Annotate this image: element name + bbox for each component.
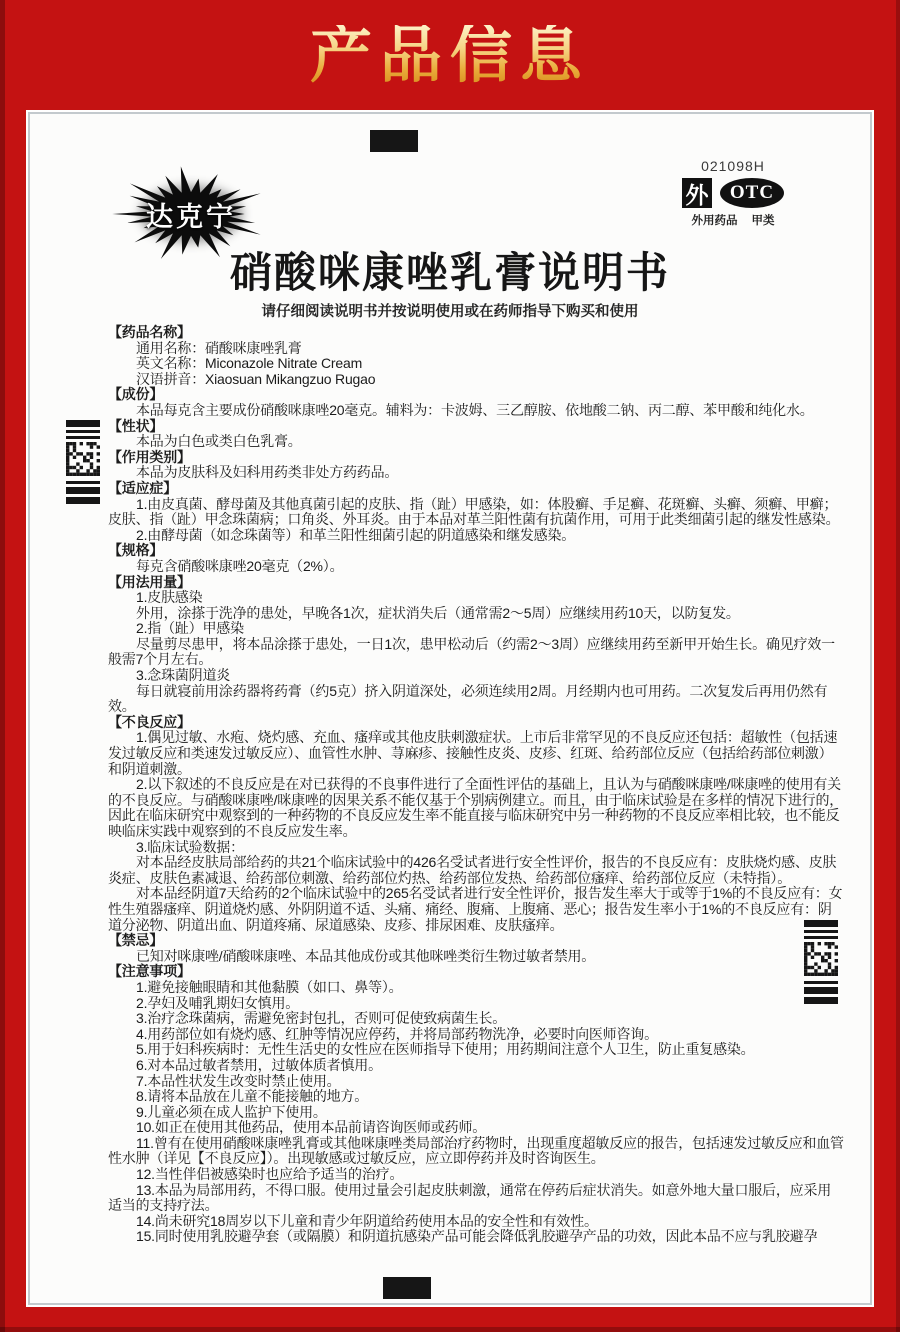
section-line: 3.念珠菌阴道炎 xyxy=(108,668,844,684)
section-line: 对本品经阴道7天给药的2个临床试验中的265名受试者进行安全性评价，报告发生率大… xyxy=(108,886,844,933)
section-line: 本品为皮肤科及妇科用药类非处方药药品。 xyxy=(108,465,844,481)
external-use-icon: 外 xyxy=(682,178,712,208)
barcode-bar xyxy=(804,997,838,1004)
section-header: 【成份】 xyxy=(108,387,844,403)
barcode-bar xyxy=(66,487,100,494)
otc-icon: OTC xyxy=(720,178,784,208)
section-header: 【药品名称】 xyxy=(108,325,844,341)
barcode-bar xyxy=(66,436,100,439)
barcode-bar xyxy=(804,930,838,933)
section-line: 每日就寝前用涂药器将药膏（约5克）挤入阴道深处，必须连续用2周。月经期内也可用药… xyxy=(108,684,844,715)
section-line: 9.儿童必须在成人监护下使用。 xyxy=(108,1105,844,1121)
barcode-bar xyxy=(66,430,100,433)
section-header: 【用法用量】 xyxy=(108,575,844,591)
section-header: 【禁忌】 xyxy=(108,933,844,949)
datamatrix-icon xyxy=(804,942,838,976)
section-header: 【作用类别】 xyxy=(108,450,844,466)
section-line: 2.指（趾）甲感染 xyxy=(108,621,844,637)
external-use-label: 外用药品 xyxy=(692,212,738,228)
section-line: 本品为白色或类白色乳膏。 xyxy=(108,434,844,450)
section-line: 2.以下叙述的不良反应是在对已获得的不良事件进行了全面性评估的基础上，且认为与硝… xyxy=(108,777,844,839)
registration-mark-bottom-icon xyxy=(383,1277,431,1299)
section-line: 7.本品性状发生改变时禁止使用。 xyxy=(108,1074,844,1090)
section-line: 1.偶见过敏、水疱、烧灼感、充血、瘙痒或其他皮肤刺激症状。上市后非常罕见的不良反… xyxy=(108,730,844,777)
barcode-bar xyxy=(66,497,100,504)
section-header: 【不良反应】 xyxy=(108,715,844,731)
section-line: 1.皮肤感染 xyxy=(108,590,844,606)
section-line: 6.对本品过敏者禁用，过敏体质者慎用。 xyxy=(108,1058,844,1074)
marks-labels: 外用药品 甲类 xyxy=(668,212,798,228)
document-subtitle: 请仔细阅读说明书并按说明使用或在药师指导下购买和使用 xyxy=(30,300,870,321)
section-line: 对本品经皮肤局部给药的共21个临床试验中的426名受试者进行安全性评价，报告的不… xyxy=(108,855,844,886)
sections: 【药品名称】通用名称：硝酸咪康唑乳膏英文名称：Miconazole Nitrat… xyxy=(30,325,870,1245)
section-line: 每克含硝酸咪康唑20毫克（2%）。 xyxy=(108,559,844,575)
section-line: 8.请将本品放在儿童不能接触的地方。 xyxy=(108,1089,844,1105)
section-line: 3.临床试验数据： xyxy=(108,840,844,856)
barcode-left xyxy=(66,420,100,507)
section-line: 本品每克含主要成份硝酸咪康唑20毫克。辅料为：卡波姆、三乙醇胺、依地酸二钠、丙二… xyxy=(108,403,844,419)
otc-marks-block: 021098H 外 OTC 外用药品 甲类 xyxy=(668,158,798,228)
barcode-bar xyxy=(804,981,838,984)
section-line: 12.当性伴侣被感染时也应给予适当的治疗。 xyxy=(108,1167,844,1183)
section-line: 2.孕妇及哺乳期妇女慎用。 xyxy=(108,996,844,1012)
screenshot-root: 产品信息 达克宁 021098H 外 OTC 外用药品 甲类 硝酸咪康唑乳膏说明… xyxy=(0,0,900,1332)
barcode-bar xyxy=(804,920,838,927)
section-header: 【适应症】 xyxy=(108,481,844,497)
approval-code: 021098H xyxy=(668,158,798,174)
section-line: 3.治疗念珠菌病，需避免密封包扎，否则可促使致病菌生长。 xyxy=(108,1011,844,1027)
barcode-bar xyxy=(66,420,100,427)
section-line: 尽量剪尽患甲，将本品涂搽于患处，一日1次，患甲松动后（约需2～3周）应继续用药至… xyxy=(108,637,844,668)
section-line: 15.同时使用乳胶避孕套（或隔膜）和阴道抗感染产品可能会降低乳胶避孕产品的功效，… xyxy=(108,1229,844,1245)
barcode-right xyxy=(804,920,838,1007)
section-line: 11.曾有在使用硝酸咪康唑乳膏或其他咪康唑类局部治疗药物时，出现重度超敏反应的报… xyxy=(108,1136,844,1167)
section-line: 通用名称：硝酸咪康唑乳膏 xyxy=(108,341,844,357)
section-line: 5.用于妇科疾病时：无性生活史的女性应在医师指导下使用；用药期间注意个人卫生，防… xyxy=(108,1042,844,1058)
section-header: 【规格】 xyxy=(108,543,844,559)
section-header: 【性状】 xyxy=(108,419,844,435)
section-line: 汉语拼音：Xiaosuan Mikangzuo Rugao xyxy=(108,372,844,388)
registration-mark-top-icon xyxy=(370,130,418,152)
section-line: 英文名称：Miconazole Nitrate Cream xyxy=(108,356,844,372)
section-line: 已知对咪康唑/硝酸咪康唑、本品其他成份或其他咪唑类衍生物过敏者禁用。 xyxy=(108,949,844,965)
barcode-bar xyxy=(804,987,838,994)
section-line: 4.用药部位如有烧灼感、红肿等情况应停药，并将局部药物洗净，必要时向医师咨询。 xyxy=(108,1027,844,1043)
section-line: 2.由酵母菌（如念珠菌等）和革兰阳性细菌引起的阴道感染和继发感染。 xyxy=(108,528,844,544)
barcode-bar xyxy=(804,936,838,939)
otc-class-label: 甲类 xyxy=(752,212,775,228)
marks-row: 外 OTC xyxy=(668,178,798,208)
section-header: 【注意事项】 xyxy=(108,964,844,980)
section-line: 14.尚未研究18周岁以下儿童和青少年阴道给药使用本品的安全性和有效性。 xyxy=(108,1214,844,1230)
banner-title: 产品信息 xyxy=(310,25,590,87)
section-line: 1.避免接触眼睛和其他黏膜（如口、鼻等）。 xyxy=(108,980,844,996)
document-title: 硝酸咪康唑乳膏说明书 xyxy=(30,240,870,300)
section-line: 10.如正在使用其他药品，使用本品前请咨询医师或药师。 xyxy=(108,1120,844,1136)
leaflet-page: 达克宁 021098H 外 OTC 外用药品 甲类 硝酸咪康唑乳膏说明书 请仔细… xyxy=(28,112,872,1305)
barcode-bar xyxy=(66,481,100,484)
datamatrix-icon xyxy=(66,442,100,476)
section-line: 外用，涂搽于洗净的患处，早晚各1次，症状消失后（通常需2～5周）应继续用药10天… xyxy=(108,606,844,622)
bottom-edge-shade xyxy=(0,1327,900,1332)
banner: 产品信息 xyxy=(0,0,900,112)
section-line: 1.由皮真菌、酵母菌及其他真菌引起的皮肤、指（趾）甲感染，如：体股癣、手足癣、花… xyxy=(108,497,844,528)
section-line: 13.本品为局部用药，不得口服。使用过量会引起皮肤刺激，通常在停药后症状消失。如… xyxy=(108,1183,844,1214)
